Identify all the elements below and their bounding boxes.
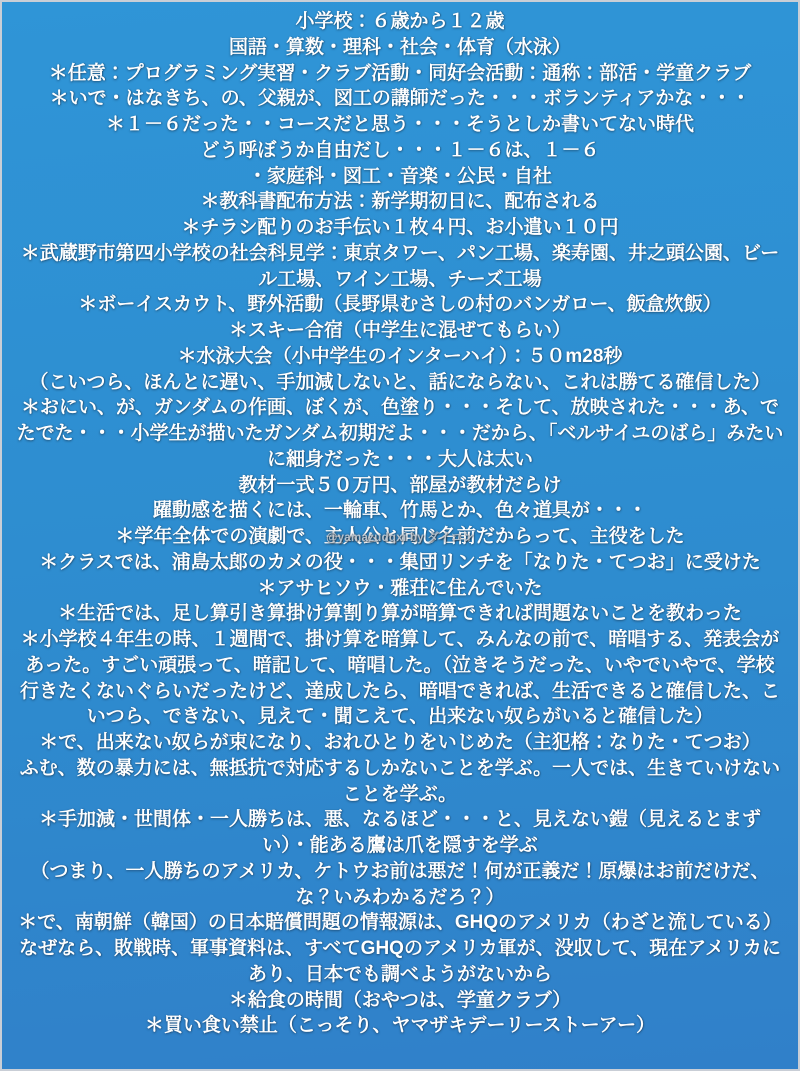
text-line: （つまり、一人勝ちのアメリカ、ケトウお前は悪だ！何が正義だ！原爆はお前だけだ、な… — [16, 859, 784, 911]
text-line: どう呼ぼうか自由だし・・・１－６は、１－６ — [16, 138, 784, 164]
text-line: ＊教科書配布方法：新学期初日に、配布される — [16, 189, 784, 215]
text-line: 国語・算数・理科・社会・体育（水泳） — [16, 35, 784, 61]
text-line: ＊１－６だった・・コースだと思う・・・そうとしか書いてない時代 — [16, 112, 784, 138]
text-line: ＊ボーイスカウト、野外活動（長野県むさしの村のバンガロー、飯盒炊飯） — [16, 292, 784, 318]
text-line: 小学校：６歳から１２歳 — [16, 9, 784, 35]
text-line: 教材一式５０万円、部屋が教材だらけ — [16, 473, 784, 499]
text-line: ＊任意：プログラミング実習・クラブ活動・同好会活動：通称：部活・学童クラブ — [16, 61, 784, 87]
text-line: ＊スキー合宿（中学生に混ぜてもらい） — [16, 318, 784, 344]
page-background: 小学校：６歳から１２歳国語・算数・理科・社会・体育（水泳）＊任意：プログラミング… — [0, 0, 800, 1071]
text-line: ＊いで・はなきち、の、父親が、図工の講師だった・・・ボランティアかな・・・ — [16, 86, 784, 112]
text-block: 小学校：６歳から１２歳国語・算数・理科・社会・体育（水泳）＊任意：プログラミング… — [2, 2, 798, 1039]
text-line: ＊おにい、が、ガンダムの作画、ぼくが、色塗り・・・そして、放映された・・・あ、で… — [16, 395, 784, 472]
text-line: ＊買い食い禁止（こっそり、ヤマザキデーリーストーアー） — [16, 1013, 784, 1039]
text-line: ＊給食の時間（おやつは、学童クラブ） — [16, 988, 784, 1014]
text-line: ＊生活では、足し算引き算掛け算割り算が暗算できれば問題ないことを教わった — [16, 601, 784, 627]
text-line: ＊アサヒソウ・雅荘に住んでいた — [16, 576, 784, 602]
text-line: ＊で、南朝鮮（韓国）の日本賠償問題の情報源は、GHQのアメリカ（わざと流している… — [16, 910, 784, 936]
text-line: ＊クラスでは、浦島太郎のカメの役・・・集団リンチを「なりた・てつお」に受けた — [16, 550, 784, 576]
text-line: なぜなら、敗戦時、軍事資料は、すべてGHQのアメリカ軍が、没収して、現在アメリカ… — [16, 936, 784, 988]
text-line: ・家庭科・図工・音楽・公民・自社 — [16, 164, 784, 190]
text-line: 躍動感を描くには、一輪車、竹馬とか、色々道具が・・・ — [16, 498, 784, 524]
text-line: ＊手加減・世間体・一人勝ちは、悪、なるほど・・・と、見えない鎧（見えるとまずい）… — [16, 807, 784, 859]
text-line: （こいつら、ほんとに遅い、手加減しないと、話にならない、これは勝てる確信した） — [16, 370, 784, 396]
text-line: ふむ、数の暴力には、無抵抗で対応するしかないことを学ぶ。一人では、生きていけない… — [16, 756, 784, 808]
text-line: ＊チラシ配りのお手伝い１枚４円、お小遣い１０円 — [16, 215, 784, 241]
text-line: ＊武蔵野市第四小学校の社会科見学：東京タワー、パン工場、楽寿園、井之頭公園、ビー… — [16, 241, 784, 293]
text-line: ＊学年全体での演劇で、主人公と同じ名前だからって、主役をした — [16, 524, 784, 550]
text-line: ＊水泳大会（小中学生のインターハイ）：５０m28秒 — [16, 344, 784, 370]
text-line: ＊で、出来ない奴らが束になり、おれひとりをいじめた（主犯格：なりた・てつお） — [16, 730, 784, 756]
text-line: ＊小学校４年生の時、１週間で、掛け算を暗算して、みんなの前で、暗唱する、発表会が… — [16, 627, 784, 730]
